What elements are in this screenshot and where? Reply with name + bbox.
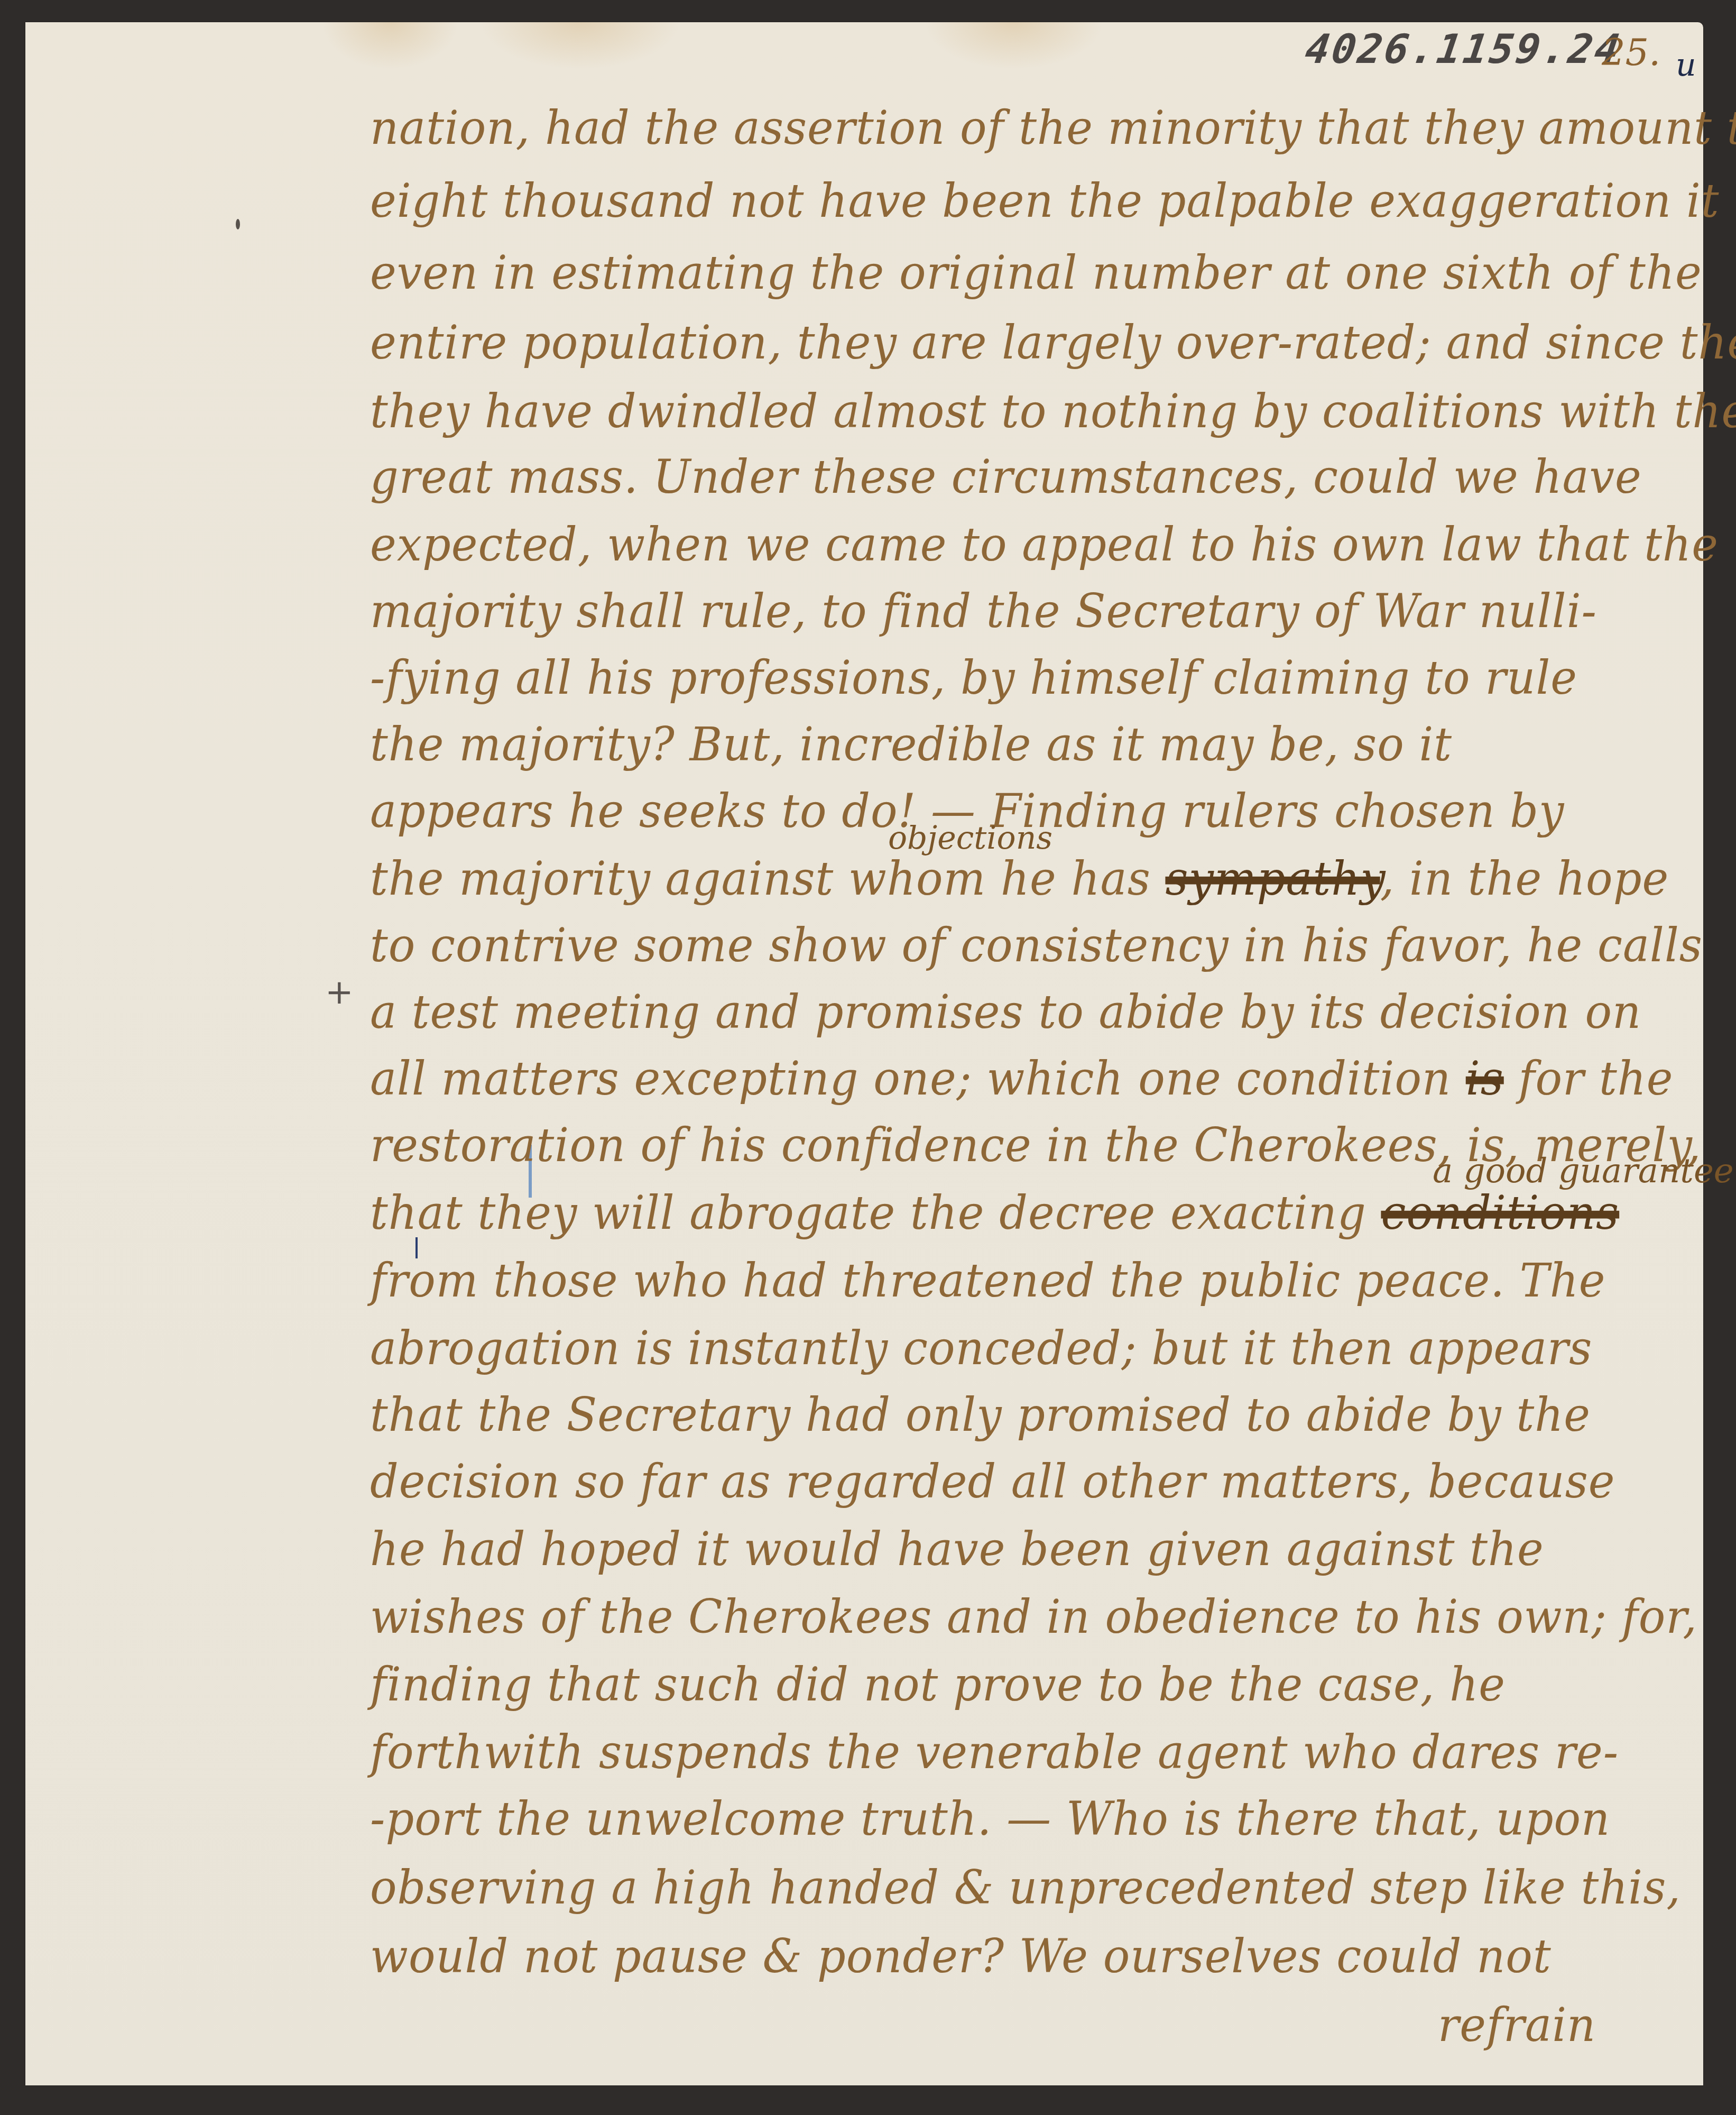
text-segment: the majority against whom he has [370, 852, 1165, 906]
struck-word: conditions [1381, 1186, 1619, 1240]
text-line: -fying all his professions, by himself c… [370, 650, 1702, 706]
text-segment: all matters excepting one; which one con… [370, 1052, 1466, 1106]
text-line: observing a high handed & unprecedented … [370, 1860, 1702, 1916]
text-line-with-correction: that they will abrogate the decree exact… [370, 1185, 1702, 1241]
struck-word: sympathy [1165, 852, 1380, 906]
text-line: expected, when we came to appeal to his … [370, 517, 1702, 573]
text-segment: , in the hope [1380, 852, 1669, 906]
text-line: -port the unwelcome truth. — Who is ther… [370, 1791, 1702, 1847]
text-line: nation, had the assertion of the minorit… [370, 100, 1702, 156]
water-stain [480, 22, 681, 70]
margin-ink-dot [236, 219, 240, 229]
text-segment: for the [1504, 1052, 1674, 1106]
text-line: eight thousand not have been the palpabl… [370, 173, 1702, 229]
text-line: to contrive some show of consistency in … [370, 918, 1702, 973]
text-line: even in estimating the original number a… [370, 245, 1702, 301]
text-line: great mass. Under these circumstances, c… [370, 449, 1702, 505]
folio-number: 25. [1602, 31, 1660, 74]
text-line-with-correction: the majority against whom he has sympath… [370, 851, 1702, 907]
text-line: that the Secretary had only promised to … [370, 1387, 1702, 1443]
text-line: finding that such did not prove to be th… [370, 1657, 1702, 1713]
text-line-with-correction: all matters excepting one; which one con… [370, 1051, 1702, 1107]
text-line: would not pause & ponder? We ourselves c… [370, 1929, 1702, 1984]
folio-suffix: u [1676, 47, 1696, 84]
text-line: a test meeting and promises to abide by … [370, 985, 1702, 1040]
text-line: majority shall rule, to find the Secreta… [370, 584, 1702, 639]
text-line: abrogation is instantly conceded; but it… [370, 1321, 1702, 1376]
struck-word: is [1466, 1052, 1504, 1106]
water-stain [924, 22, 1104, 70]
text-line: from those who had threatened the public… [370, 1253, 1702, 1309]
text-segment: that they will abrogate the decree exact… [370, 1186, 1381, 1240]
text-line: the majority? But, incredible as it may … [370, 717, 1702, 773]
archive-id-stamp: 4026.1159.24 [1303, 25, 1625, 72]
margin-cross-mark: + [325, 973, 354, 1012]
text-line: he had hoped it would have been given ag… [370, 1522, 1702, 1577]
text-line: they have dwindled almost to nothing by … [370, 384, 1702, 439]
catchword: refrain [1438, 1998, 1649, 2053]
text-line: entire population, they are largely over… [370, 315, 1702, 371]
text-line: forthwith suspends the venerable agent w… [370, 1725, 1702, 1780]
water-stain [321, 22, 459, 70]
text-line: decision so far as regarded all other ma… [370, 1454, 1702, 1510]
text-line: wishes of the Cherokees and in obedience… [370, 1589, 1702, 1645]
